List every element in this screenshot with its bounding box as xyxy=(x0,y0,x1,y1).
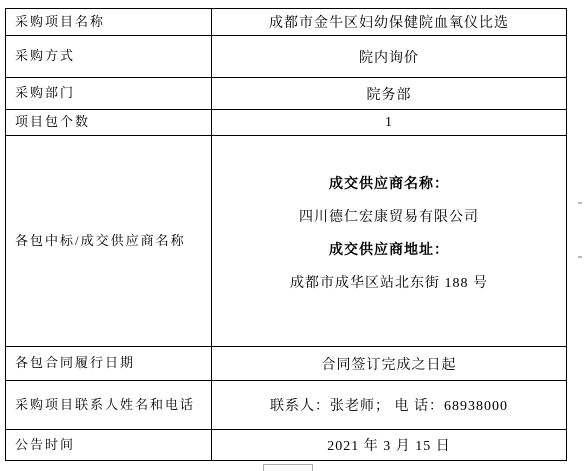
supplier-address-heading: 成交供应商地址： xyxy=(218,239,560,259)
announcement-time-value: 2021 年 3 月 15 日 xyxy=(212,430,567,461)
announcement-time-label: 公告时间 xyxy=(6,430,212,461)
row-contact-info: 采购项目联系人姓名和电话 联系人：张老师； 电 话：68938000 xyxy=(6,381,567,430)
package-count-value: 1 xyxy=(212,110,567,136)
procurement-method-label: 采购方式 xyxy=(6,36,212,78)
contact-info-value: 联系人：张老师； 电 话：68938000 xyxy=(212,381,567,430)
row-project-name: 采购项目名称 成都市金牛区妇幼保健院血氧仪比选 xyxy=(6,9,567,36)
contract-performance-date-value: 合同签订完成之日起 xyxy=(212,347,567,381)
edge-tick xyxy=(578,256,582,258)
winning-supplier-value: 成交供应商名称： 四川德仁宏康贸易有限公司 成交供应商地址： 成都市成华区站北东… xyxy=(212,136,567,347)
procurement-result-table: 采购项目名称 成都市金牛区妇幼保健院血氧仪比选 采购方式 院内询价 采购部门 院… xyxy=(5,8,567,461)
row-winning-supplier: 各包中标/成交供应商名称 成交供应商名称： 四川德仁宏康贸易有限公司 成交供应商… xyxy=(6,136,567,347)
winning-supplier-label: 各包中标/成交供应商名称 xyxy=(6,136,212,347)
row-announcement-time: 公告时间 2021 年 3 月 15 日 xyxy=(6,430,567,461)
row-procurement-method: 采购方式 院内询价 xyxy=(6,36,567,78)
supplier-name-heading: 成交供应商名称： xyxy=(218,173,560,193)
supplier-address: 成都市成华区站北东街 188 号 xyxy=(218,272,560,292)
package-count-label: 项目包个数 xyxy=(6,110,212,136)
row-package-count: 项目包个数 1 xyxy=(6,110,567,136)
procurement-department-label: 采购部门 xyxy=(6,78,212,110)
contract-performance-date-label: 各包合同履行日期 xyxy=(6,347,212,381)
page-break-marker xyxy=(263,464,313,471)
row-procurement-department: 采购部门 院务部 xyxy=(6,78,567,110)
project-name-value: 成都市金牛区妇幼保健院血氧仪比选 xyxy=(212,9,567,36)
supplier-name: 四川德仁宏康贸易有限公司 xyxy=(218,206,560,226)
row-contract-performance-date: 各包合同履行日期 合同签订完成之日起 xyxy=(6,347,567,381)
procurement-department-value: 院务部 xyxy=(212,78,567,110)
contact-info-label: 采购项目联系人姓名和电话 xyxy=(6,381,212,430)
project-name-label: 采购项目名称 xyxy=(6,9,212,36)
edge-tick xyxy=(578,202,582,204)
procurement-method-value: 院内询价 xyxy=(212,36,567,78)
